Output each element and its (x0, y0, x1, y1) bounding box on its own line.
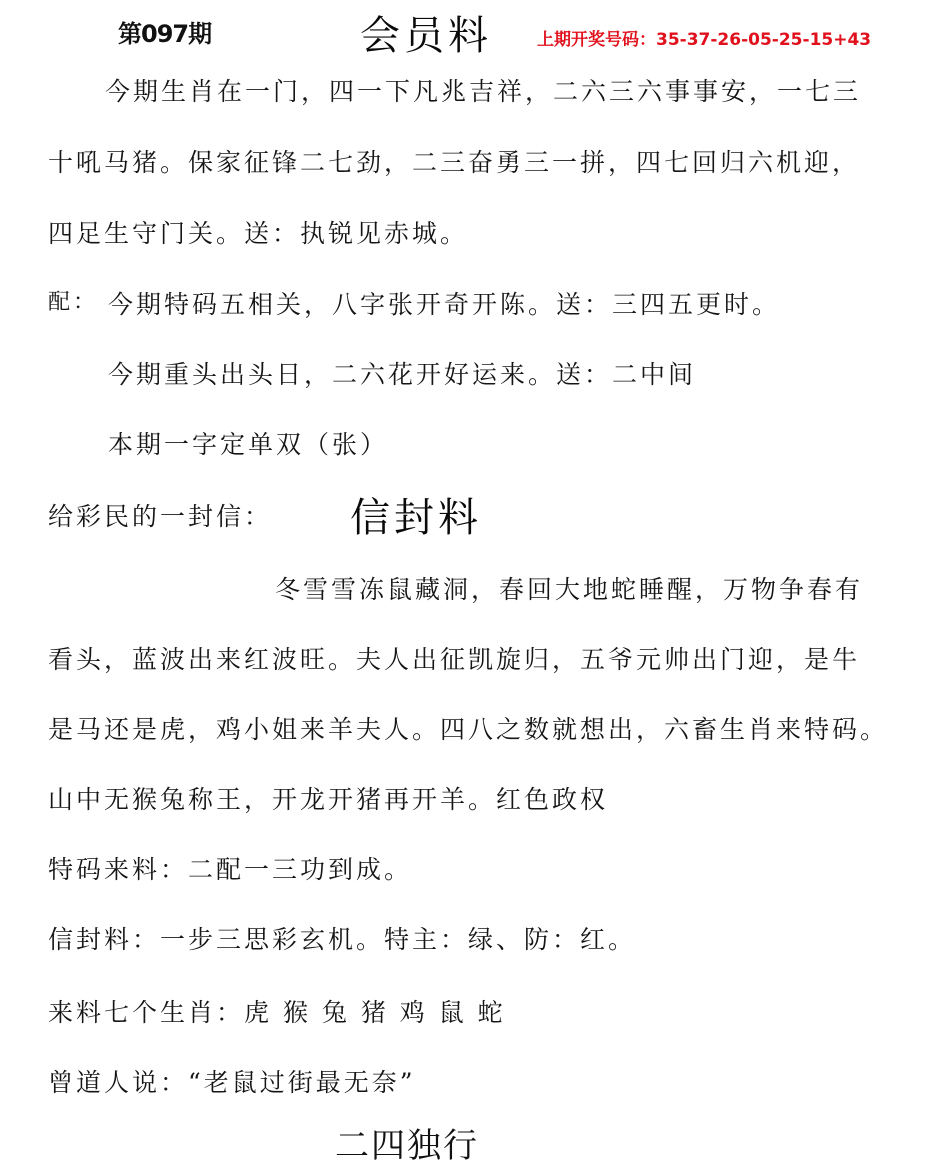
poem-line: 十吼马猪。保家征锋二七劲，二三奋勇三一拼，四七回归六机迎， (48, 143, 860, 179)
pairing-line: 本期一字定单双（张） (108, 425, 388, 461)
page-title: 会员料 (360, 4, 492, 61)
letter-line: 信封料：一步三思彩玄机。特主：绿、防：红。 (48, 920, 636, 956)
last-draw-result: 上期开奖号码：35-37-26-05-25-15+43 (537, 25, 871, 50)
poem-line: 四足生守门关。送：执锐见赤城。 (48, 214, 468, 250)
poem-line: 今期生肖在一门，四一下凡兆吉祥，二六三六事事安，一七三 (105, 72, 861, 108)
pairing-line: 今期特码五相关，八字张开奇开陈。送：三四五更时。 (108, 285, 780, 321)
quote-line: 曾道人说：“老鼠过街最无奈” (48, 1063, 416, 1099)
letter-line: 特码来料：二配一三功到成。 (48, 850, 412, 886)
letter-title: 信封料 (350, 486, 482, 543)
letter-line: 山中无猴兔称王，开龙开猪再开羊。红色政权 (48, 780, 608, 816)
letter-label: 给彩民的一封信： (48, 497, 272, 533)
footer-title: 二四独行 (335, 1118, 479, 1162)
issue-number: 第097期 (118, 14, 211, 49)
zodiac-list: 来料七个生肖：虎 猴 兔 猪 鸡 鼠 蛇 (48, 993, 506, 1029)
pairing-label: 配： (48, 285, 98, 316)
letter-line: 看头，蓝波出来红波旺。夫人出征凯旋归，五爷元帅出门迎，是牛 (48, 640, 860, 676)
pairing-line: 今期重头出头日，二六花开好运来。送：二中间 (108, 355, 696, 391)
letter-line: 是马还是虎，鸡小姐来羊夫人。四八之数就想出，六畜生肖来特码。 (48, 710, 888, 746)
letter-line: 冬雪雪冻鼠藏洞，春回大地蛇睡醒，万物争春有 (275, 570, 863, 606)
last-draw-label: 上期开奖号码： (537, 30, 656, 50)
last-draw-numbers: 35-37-26-05-25-15+43 (656, 30, 871, 50)
